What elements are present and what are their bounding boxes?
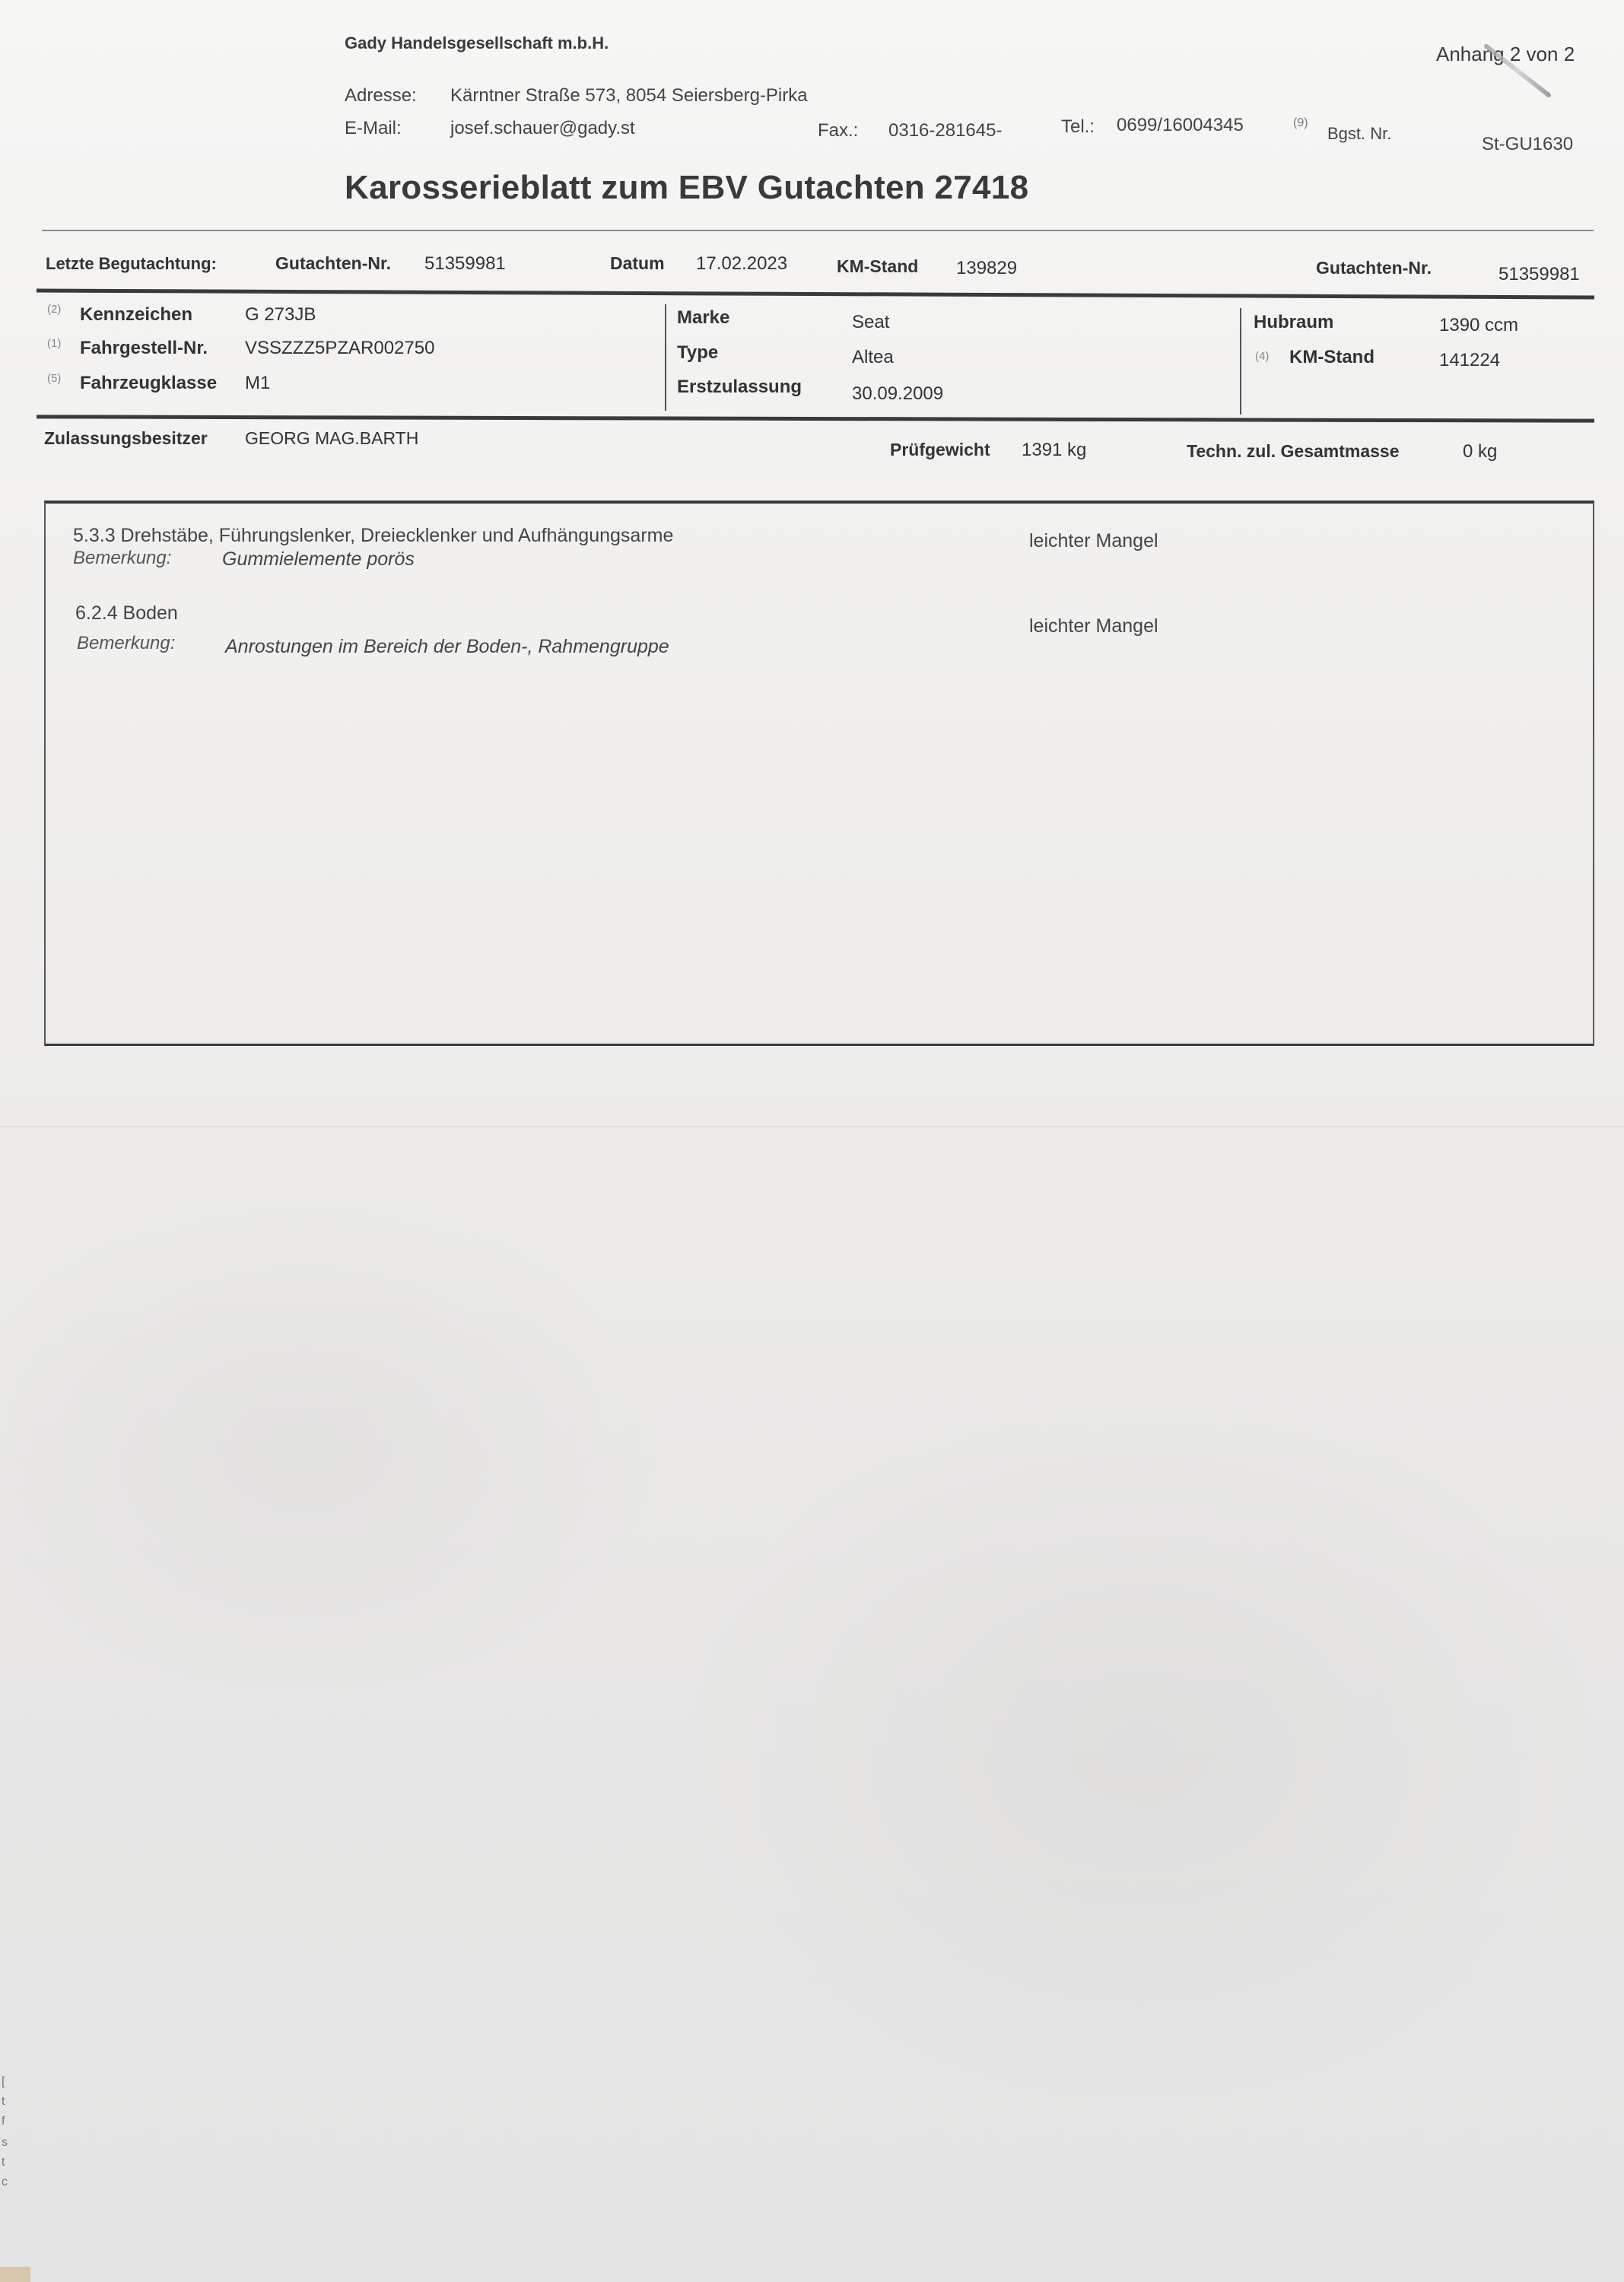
defect-remark-label: Bemerkung: (73, 548, 171, 569)
gesamtmasse-label: Techn. zul. Gesamtmasse (1187, 441, 1400, 462)
company-name: Gady Handelsgesellschaft m.b.H. (345, 33, 609, 53)
value-fahrgestell: VSSZZZ5PZAR002750 (245, 338, 434, 359)
label-type: Type (677, 342, 718, 364)
defect-remark-label: Bemerkung: (77, 633, 175, 654)
label-km-stand: KM-Stand (1289, 347, 1375, 368)
label-fahrgestell: Fahrgestell-Nr. (80, 338, 208, 359)
margin-mark: s (2, 2136, 8, 2150)
title-divider (42, 230, 1594, 231)
paper-fold (0, 1126, 1624, 1127)
label-erstzulassung: Erstzulassung (677, 377, 802, 398)
email-label: E-Mail: (345, 118, 402, 139)
defect-remark: Anrostungen im Bereich der Boden-, Rahme… (225, 636, 669, 658)
bgst-marker: (9) (1293, 116, 1308, 130)
margin-mark: [ (2, 2075, 5, 2089)
tel-value: 0699/16004345 (1117, 115, 1244, 136)
table-edge (0, 2267, 30, 2282)
last-km-label: KM-Stand (837, 256, 918, 277)
last-datum-value: 17.02.2023 (696, 253, 787, 275)
defect-title: 5.3.3 Drehstäbe, Führungslenker, Dreieck… (73, 525, 673, 547)
value-hubraum: 1390 ccm (1439, 315, 1518, 336)
paper-background (0, 0, 1624, 2282)
vehicle-divider-2 (1240, 308, 1241, 415)
bgst-value: St-GU1630 (1482, 134, 1573, 155)
defect-title: 6.2.4 Boden (75, 602, 178, 625)
defect-severity: leichter Mangel (1029, 615, 1158, 637)
marker-km-stand: (4) (1255, 350, 1269, 363)
value-fahrzeugklasse: M1 (245, 373, 270, 394)
value-kennzeichen: G 273JB (245, 304, 316, 326)
label-hubraum: Hubraum (1254, 312, 1333, 333)
bgst-label: Bgst. Nr. (1327, 124, 1391, 144)
current-gutachten-label: Gutachten-Nr. (1316, 258, 1432, 278)
value-km-stand: 141224 (1439, 350, 1500, 371)
document-title: Karosserieblatt zum EBV Gutachten 27418 (345, 169, 1028, 207)
defect-remark: Gummielemente porös (222, 548, 415, 570)
label-fahrzeugklasse: Fahrzeugklasse (80, 373, 217, 394)
last-gutachten-value: 51359981 (424, 253, 506, 275)
marker-fahrgestell: (1) (47, 337, 61, 350)
marker-kennzeichen: (2) (47, 303, 61, 316)
value-erstzulassung: 30.09.2009 (852, 383, 943, 405)
label-marke: Marke (677, 307, 729, 329)
last-km-value: 139829 (956, 258, 1017, 279)
defect-severity: leichter Mangel (1029, 530, 1158, 552)
margin-mark: t (2, 2095, 5, 2109)
value-type: Altea (852, 347, 894, 368)
marker-fahrzeugklasse: (5) (47, 372, 61, 385)
address-value: Kärntner Straße 573, 8054 Seiersberg-Pir… (450, 85, 808, 106)
address-label: Adresse: (345, 85, 417, 106)
margin-mark: c (2, 2176, 8, 2189)
pruefgewicht-value: 1391 kg (1022, 440, 1086, 461)
fax-label: Fax.: (818, 120, 858, 141)
label-kennzeichen: Kennzeichen (80, 304, 192, 326)
value-marke: Seat (852, 312, 889, 333)
last-gutachten-label: Gutachten-Nr. (275, 253, 391, 274)
pruefgewicht-label: Prüfgewicht (890, 440, 990, 460)
last-datum-label: Datum (610, 253, 665, 274)
margin-mark: t (2, 2156, 5, 2169)
tel-label: Tel.: (1061, 116, 1095, 138)
owner-value: GEORG MAG.BARTH (245, 428, 418, 449)
email-value: josef.schauer@gady.st (450, 118, 635, 139)
owner-label: Zulassungsbesitzer (44, 428, 208, 449)
defects-box (44, 501, 1594, 1046)
current-gutachten-value: 51359981 (1498, 264, 1580, 285)
fax-value: 0316-281645- (888, 120, 1002, 141)
margin-mark: f (2, 2115, 5, 2128)
gesamtmasse-value: 0 kg (1463, 441, 1497, 462)
last-inspection-label: Letzte Begutachtung: (46, 254, 217, 274)
vehicle-divider-1 (665, 304, 666, 411)
